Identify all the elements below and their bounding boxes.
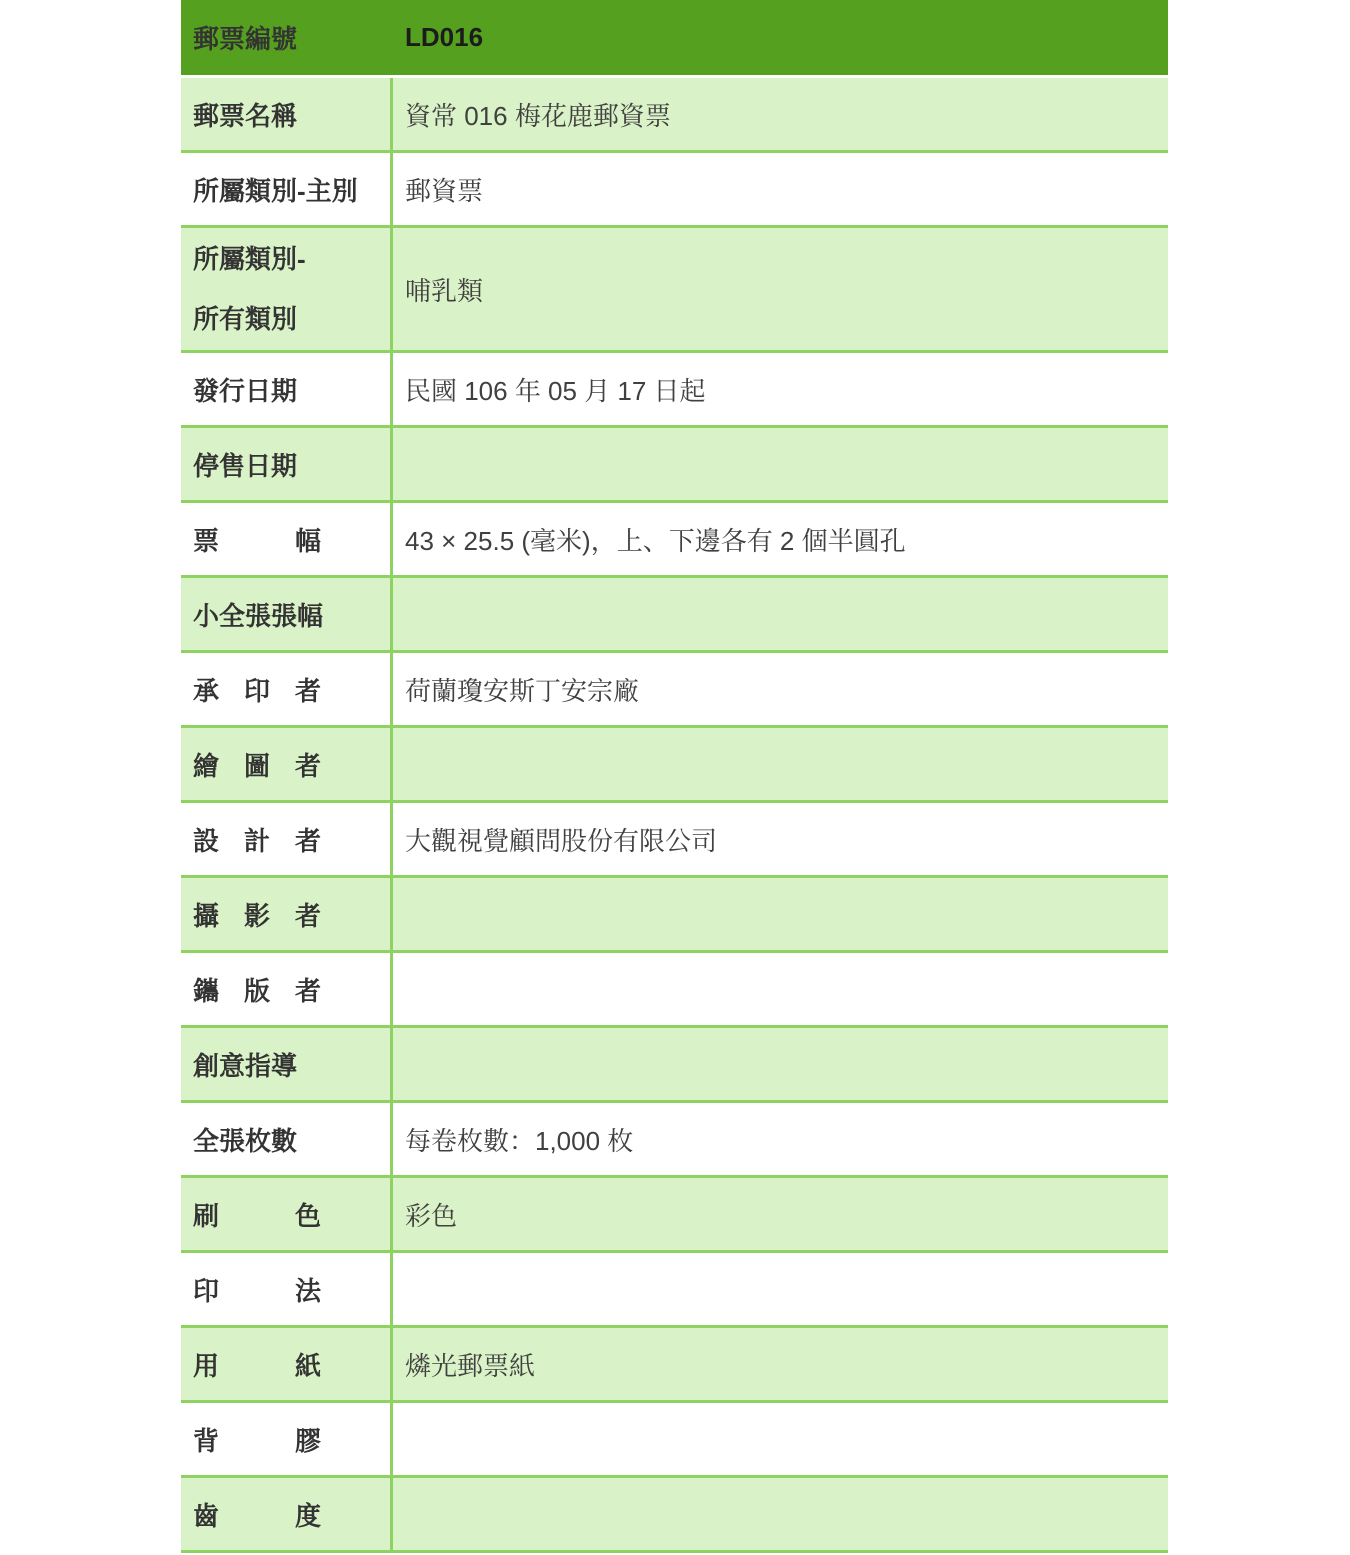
row-label-text: 攝 影 者 [193, 896, 321, 933]
row-value [393, 1478, 1168, 1550]
row-label-text: 背 膠 [193, 1421, 321, 1458]
row-value: 郵資票 [393, 153, 1168, 225]
row-label-text: 繪 圖 者 [193, 746, 321, 783]
row-label: 票 幅 [181, 503, 393, 575]
table-row-print-method: 印 法 [181, 1253, 1168, 1328]
table-row-stamp-size: 票 幅 43 × 25.5 (毫米)，上、下邊各有 2 個半圓孔 [181, 503, 1168, 578]
table-row-drawer: 繪 圖 者 [181, 728, 1168, 803]
table-row-sheet-size: 小全張張幅 [181, 578, 1168, 653]
row-label-text: 刷 色 [193, 1196, 321, 1233]
row-value-text: 民國 106 年 05 月 17 日起 [405, 371, 706, 408]
row-label-text: 鑴 版 者 [193, 971, 321, 1008]
row-label: 齒 度 [181, 1478, 393, 1550]
row-label: 創意指導 [181, 1028, 393, 1100]
table-row-category-main: 所屬類別-主別 郵資票 [181, 153, 1168, 228]
row-label: 郵票名稱 [181, 78, 393, 150]
row-value: 民國 106 年 05 月 17 日起 [393, 353, 1168, 425]
row-label-text: 創意指導 [193, 1046, 297, 1083]
row-label-text: 承 印 者 [193, 671, 321, 708]
row-value-text: 燐光郵票紙 [405, 1346, 535, 1383]
row-value: 荷蘭瓊安斯丁安宗廠 [393, 653, 1168, 725]
table-row-stamp-name: 郵票名稱 資常 016 梅花鹿郵資票 [181, 78, 1168, 153]
row-value [393, 728, 1168, 800]
row-value-text: 彩色 [405, 1196, 457, 1233]
row-value-text: 每卷枚數：1,000 枚 [405, 1121, 633, 1158]
table-row-designer: 設 計 者 大觀視覺顧問股份有限公司 [181, 803, 1168, 878]
row-value-text: 哺乳類 [405, 271, 483, 308]
row-label-text: 用 紙 [193, 1346, 321, 1383]
row-label-text: 發行日期 [193, 371, 297, 408]
row-label: 所屬類別-主別 [181, 153, 393, 225]
row-label: 小全張張幅 [181, 578, 393, 650]
row-value [393, 428, 1168, 500]
row-label-text: 齒 度 [193, 1496, 321, 1533]
row-label-text: 所屬類別-主別 [193, 171, 358, 208]
stamp-code-value: LD016 [405, 22, 483, 53]
table-row-perforation: 齒 度 [181, 1478, 1168, 1553]
row-label: 全張枚數 [181, 1103, 393, 1175]
row-value [393, 1403, 1168, 1475]
row-value-text: 資常 016 梅花鹿郵資票 [405, 96, 671, 133]
row-value: 每卷枚數：1,000 枚 [393, 1103, 1168, 1175]
row-label: 設 計 者 [181, 803, 393, 875]
stamp-code-header-cell: 郵票編號 [181, 0, 393, 75]
table-row-gum: 背 膠 [181, 1403, 1168, 1478]
row-label: 刷 色 [181, 1178, 393, 1250]
row-value: 彩色 [393, 1178, 1168, 1250]
table-row-engraver: 鑴 版 者 [181, 953, 1168, 1028]
table-row-creative-director: 創意指導 [181, 1028, 1168, 1103]
stamp-code-value-cell: LD016 [393, 0, 1168, 75]
row-label: 繪 圖 者 [181, 728, 393, 800]
row-value-text: 43 × 25.5 (毫米)，上、下邊各有 2 個半圓孔 [405, 521, 906, 558]
row-value [393, 878, 1168, 950]
table-row-photographer: 攝 影 者 [181, 878, 1168, 953]
row-label: 承 印 者 [181, 653, 393, 725]
row-value [393, 1028, 1168, 1100]
table-row-sheet-composition: 全張枚數 每卷枚數：1,000 枚 [181, 1103, 1168, 1178]
row-label-text: 所屬類別- 所有類別 [193, 229, 306, 349]
row-value [393, 1253, 1168, 1325]
row-value-text: 大觀視覺顧問股份有限公司 [405, 821, 717, 858]
row-label-text: 印 法 [193, 1271, 321, 1308]
row-label: 鑴 版 者 [181, 953, 393, 1025]
row-label: 印 法 [181, 1253, 393, 1325]
table-row-issue-date: 發行日期 民國 106 年 05 月 17 日起 [181, 353, 1168, 428]
row-label: 停售日期 [181, 428, 393, 500]
row-value [393, 953, 1168, 1025]
row-label: 所屬類別- 所有類別 [181, 228, 393, 350]
row-value [393, 578, 1168, 650]
stamp-code-label: 郵票編號 [193, 19, 297, 56]
row-label-text: 全張枚數 [193, 1121, 297, 1158]
row-value: 資常 016 梅花鹿郵資票 [393, 78, 1168, 150]
table-header-row: 郵票編號 LD016 [181, 0, 1168, 78]
row-value: 43 × 25.5 (毫米)，上、下邊各有 2 個半圓孔 [393, 503, 1168, 575]
row-label-text: 設 計 者 [193, 821, 321, 858]
table-body: 郵票名稱 資常 016 梅花鹿郵資票 所屬類別-主別 郵資票 所屬類別- 所有類… [181, 78, 1168, 1553]
table-row-printer: 承 印 者 荷蘭瓊安斯丁安宗廠 [181, 653, 1168, 728]
table-row-category-all: 所屬類別- 所有類別 哺乳類 [181, 228, 1168, 353]
row-label: 攝 影 者 [181, 878, 393, 950]
stamp-detail-table: 郵票編號 LD016 郵票名稱 資常 016 梅花鹿郵資票 所屬類別-主別 郵資… [181, 0, 1168, 1553]
table-row-paper: 用 紙 燐光郵票紙 [181, 1328, 1168, 1403]
row-label-text: 小全張張幅 [193, 596, 323, 633]
row-value-text: 荷蘭瓊安斯丁安宗廠 [405, 671, 639, 708]
row-label: 背 膠 [181, 1403, 393, 1475]
row-label: 用 紙 [181, 1328, 393, 1400]
table-row-withdrawal-date: 停售日期 [181, 428, 1168, 503]
table-row-print-colors: 刷 色 彩色 [181, 1178, 1168, 1253]
row-value: 燐光郵票紙 [393, 1328, 1168, 1400]
row-value: 大觀視覺顧問股份有限公司 [393, 803, 1168, 875]
row-label-text: 郵票名稱 [193, 96, 297, 133]
row-label-text: 停售日期 [193, 446, 297, 483]
row-label: 發行日期 [181, 353, 393, 425]
row-value: 哺乳類 [393, 228, 1168, 350]
row-value-text: 郵資票 [405, 171, 483, 208]
row-label-text: 票 幅 [193, 521, 321, 558]
